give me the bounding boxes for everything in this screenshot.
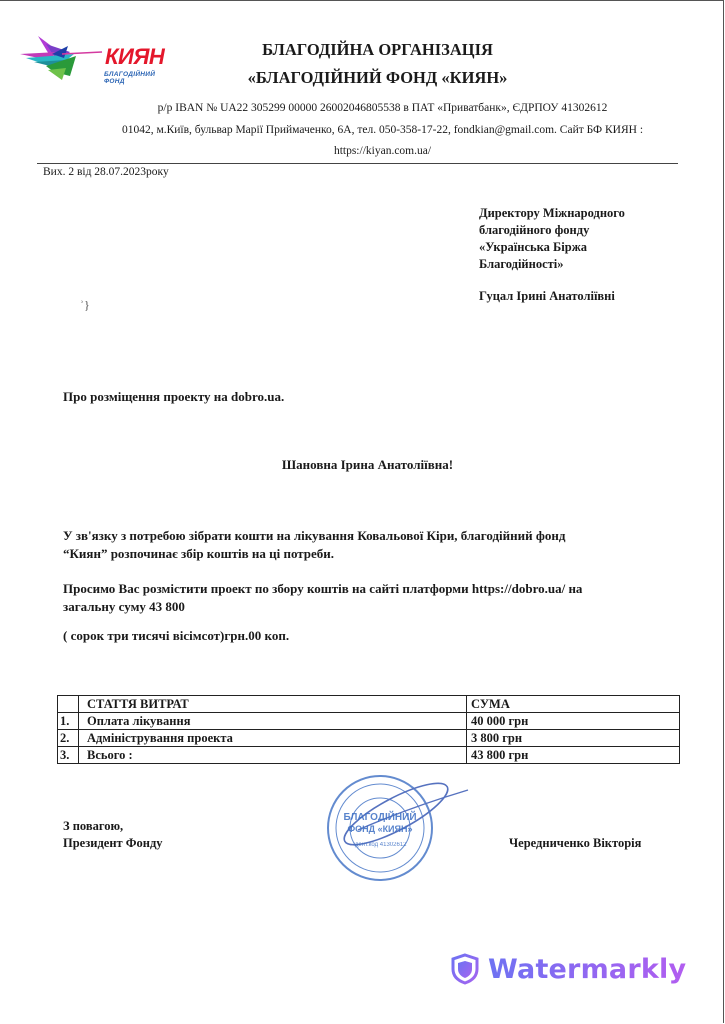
table-header-row: СТАТТЯ ВИТРАТ СУМА: [58, 696, 680, 713]
outgoing-reference: Вих. 2 від 28.07.2023року: [43, 166, 169, 178]
addressee-line: «Українська Біржа: [479, 239, 625, 256]
org-title-line-2: «БЛАГОДІЙНИЙ ФОНД «КИЯН»: [0, 68, 725, 88]
body-paragraph-1: У зв'язку з потребою зібрати кошти на лі…: [63, 527, 673, 563]
closing-salutation: З повагою,: [63, 818, 163, 835]
svg-text:БЛАГОДІЙНИЙ: БЛАГОДІЙНИЙ: [343, 810, 416, 823]
addressee-line: Благодійності»: [479, 256, 625, 273]
table-row: 2. Адміністрування проекта 3 800 грн: [58, 730, 680, 747]
table-row: 1. Оплата лікування 40 000 грн: [58, 713, 680, 730]
letterhead-divider: [37, 163, 678, 164]
requisites-bank: р/р IBAN № UA22 305299 00000 26002046805…: [0, 102, 725, 114]
signer-name: Чередниченко Вікторія: [509, 836, 641, 851]
cost-table: СТАТТЯ ВИТРАТ СУМА 1. Оплата лікування 4…: [57, 695, 680, 764]
addressee-line: благодійного фонду: [479, 222, 625, 239]
svg-text:ФОНД «КИЯН»: ФОНД «КИЯН»: [347, 824, 412, 834]
official-stamp: БЛАГОДІЙНИЙ ФОНД «КИЯН» ідент.код 413026…: [318, 768, 478, 886]
addressee-name: Гуцал Ірині Анатоліївні: [479, 289, 615, 304]
header-num: [58, 696, 79, 713]
row-amount: 40 000 грн: [467, 713, 680, 730]
org-title-line-1: БЛАГОДІЙНА ОРГАНІЗАЦІЯ: [0, 40, 725, 60]
row-item: Всього :: [79, 747, 467, 764]
body-paragraph-2: Просимо Вас розмістити проект по збору к…: [63, 580, 673, 616]
row-num: 1.: [58, 713, 79, 730]
letter-subject: Про розміщення проекту на dobro.ua.: [63, 389, 284, 405]
shield-icon: [450, 953, 480, 985]
header-amount: СУМА: [467, 696, 680, 713]
requisites-address: 01042, м.Київ, бульвар Марії Приймаченко…: [0, 124, 725, 136]
addressee-block: Директору Міжнародного благодійного фонд…: [479, 205, 625, 273]
header-item: СТАТТЯ ВИТРАТ: [79, 696, 467, 713]
watermark-text: Watermarkly: [488, 954, 686, 985]
greeting: Шановна Ірина Анатоліївна!: [0, 457, 725, 473]
svg-text:ідент.код 41302612: ідент.код 41302612: [354, 842, 408, 848]
row-amount: 43 800 грн: [467, 747, 680, 764]
row-num: 3.: [58, 747, 79, 764]
row-item: Оплата лікування: [79, 713, 467, 730]
requisites-website: https://kiyan.com.ua/: [0, 145, 725, 157]
table-row: 3. Всього : 43 800 грн: [58, 747, 680, 764]
row-amount: 3 800 грн: [467, 730, 680, 747]
body-line: Просимо Вас розмістити проект по збору к…: [63, 580, 673, 598]
closing-block: З повагою, Президент Фонду: [63, 818, 163, 852]
body-line: У зв'язку з потребою зібрати кошти на лі…: [63, 527, 673, 545]
handwritten-mark: ʾ}: [80, 298, 90, 313]
body-line: “Киян” розпочинає збір коштів на ці потр…: [63, 545, 673, 563]
closing-title: Президент Фонду: [63, 835, 163, 852]
amount-in-words: ( сорок три тисячі вісімсот)грн.00 коп.: [63, 627, 673, 645]
row-item: Адміністрування проекта: [79, 730, 467, 747]
body-line: загальну суму 43 800: [63, 598, 673, 616]
row-num: 2.: [58, 730, 79, 747]
addressee-line: Директору Міжнародного: [479, 205, 625, 222]
watermark: Watermarkly: [450, 953, 686, 985]
